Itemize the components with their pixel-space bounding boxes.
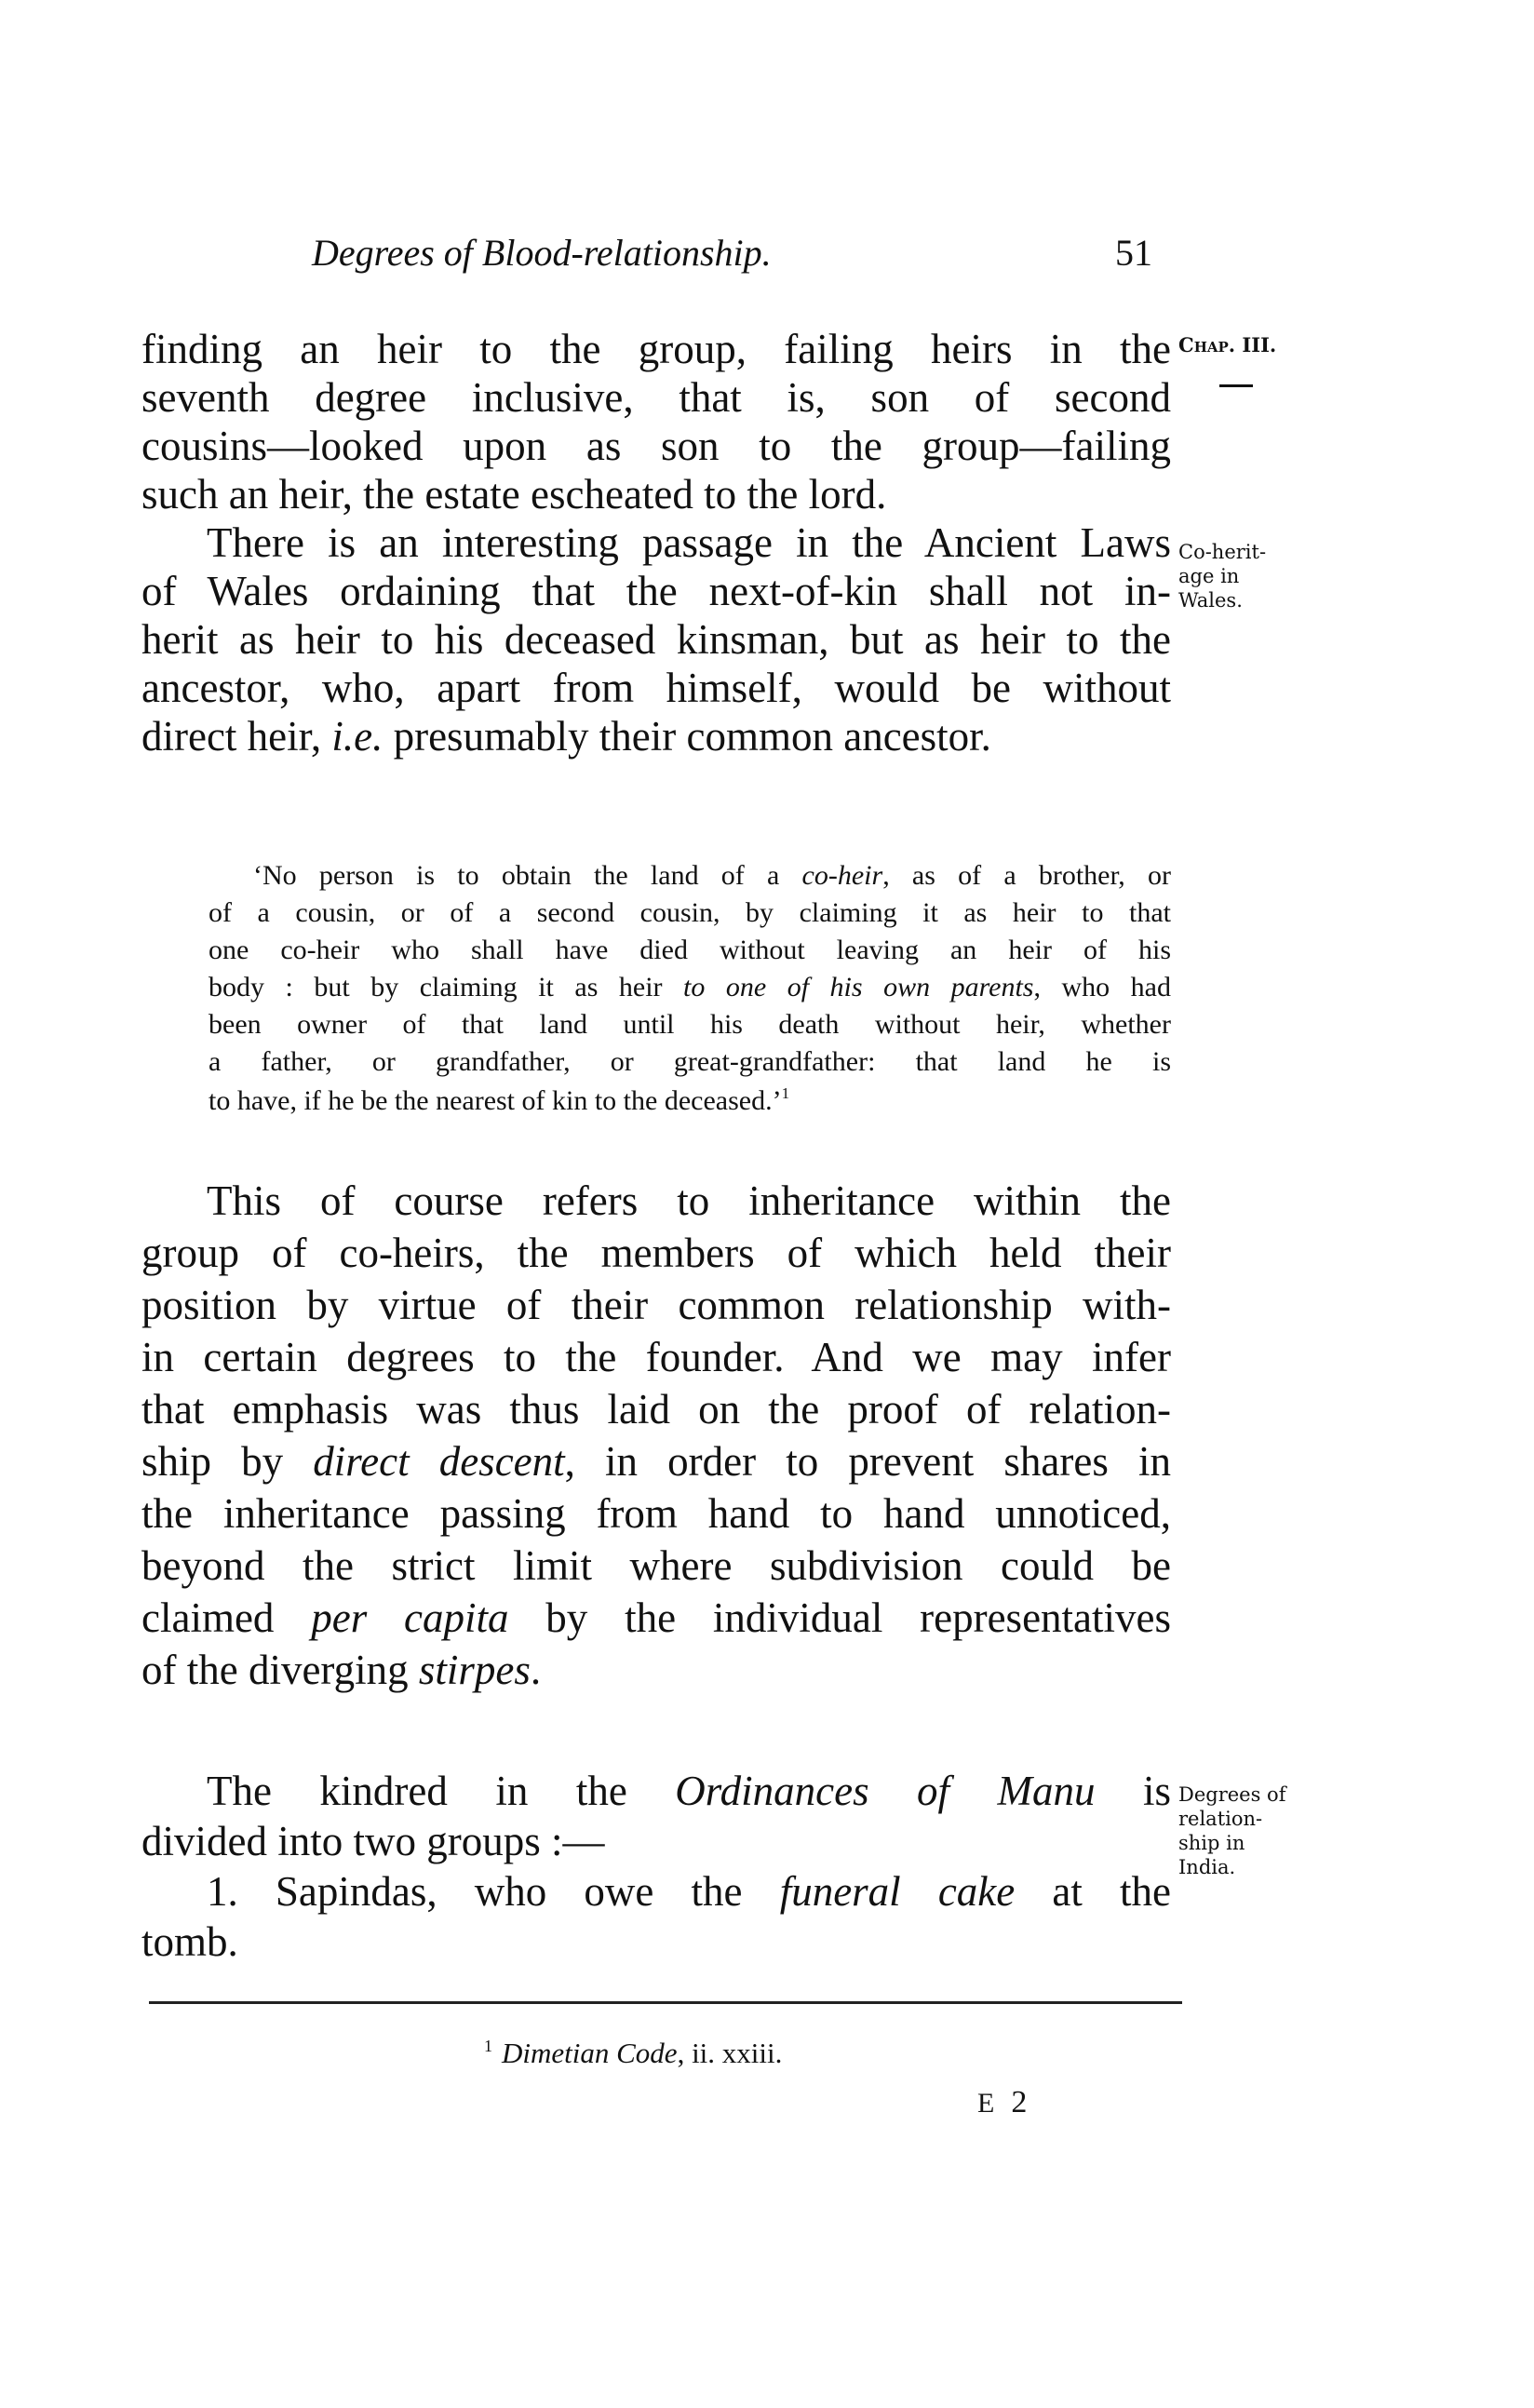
footnote-rule — [149, 2001, 1182, 2004]
quote-line: body : but by claiming it as heir to one… — [209, 974, 1171, 1002]
text-line: such an heir, the estate escheated to th… — [141, 474, 1171, 516]
quote-line: a father, or grandfather, or great-grand… — [209, 1048, 1171, 1076]
text-line: divided into two groups :— — [141, 1821, 1171, 1863]
quote-line: been owner of that land until his death … — [209, 1011, 1171, 1039]
text-line: The kindred in the Ordinances of Manu is — [141, 1770, 1171, 1812]
margin-note-chapter: Chap. III. — [1178, 333, 1276, 357]
text-line: of the diverging stirpes. — [141, 1649, 1171, 1691]
chapter-dash — [1219, 384, 1253, 387]
margin-note-india: Degrees of relation- ship in India. — [1178, 1782, 1285, 1879]
text-line: that emphasis was thus laid on the proof… — [141, 1389, 1171, 1431]
text-line: herit as heir to his deceased kinsman, b… — [141, 619, 1171, 661]
quote-line: to have, if he be the nearest of kin to … — [209, 1085, 1171, 1115]
text-line: This of course refers to inheritance wit… — [141, 1180, 1171, 1222]
quote-line: ‘No person is to obtain the land of a co… — [209, 862, 1171, 890]
text-line: direct heir, i.e. presumably their commo… — [141, 716, 1171, 758]
running-title: Degrees of Blood-relationship. — [312, 231, 772, 275]
text-line: seventh degree inclusive, that is, son o… — [141, 377, 1171, 419]
text-line: There is an interesting passage in the A… — [141, 522, 1171, 564]
italic-ie: i.e. — [331, 713, 383, 760]
text-line: ancestor, who, apart from himself, would… — [141, 667, 1171, 709]
footnote-marker: 1 — [484, 2037, 492, 2055]
text-line: position by virtue of their common relat… — [141, 1285, 1171, 1326]
text-line: cousins—looked upon as son to the group—… — [141, 425, 1171, 467]
text-line: in certain degrees to the founder. And w… — [141, 1337, 1171, 1379]
text-line: beyond the strict limit where subdivisio… — [141, 1545, 1171, 1587]
footnote: 1Dimetian Code, ii. xxiii. — [484, 2037, 782, 2070]
margin-note-coheritage: Co-herit- age in Wales. — [1178, 540, 1266, 612]
text-line: ship by direct descent, in order to prev… — [141, 1441, 1171, 1483]
text-line: of Wales ordaining that the next-of-kin … — [141, 571, 1171, 612]
text-line: group of co-heirs, the members of which … — [141, 1232, 1171, 1274]
footnote-reference[interactable]: 1 — [782, 1084, 790, 1102]
page-number: 51 — [1115, 231, 1152, 275]
quote-line: of a cousin, or of a second cousin, by c… — [209, 899, 1171, 927]
text-line: the inheritance passing from hand to han… — [141, 1493, 1171, 1535]
text-line: tomb. — [141, 1921, 1171, 1963]
signature-mark: E2 — [977, 2085, 1030, 2120]
text-line: claimed per capita by the individual rep… — [141, 1597, 1171, 1639]
text-line: finding an heir to the group, failing he… — [141, 329, 1171, 370]
text-line: 1. Sapindas, who owe the funeral cake at… — [141, 1871, 1171, 1913]
quote-line: one co-heir who shall have died without … — [209, 936, 1171, 964]
